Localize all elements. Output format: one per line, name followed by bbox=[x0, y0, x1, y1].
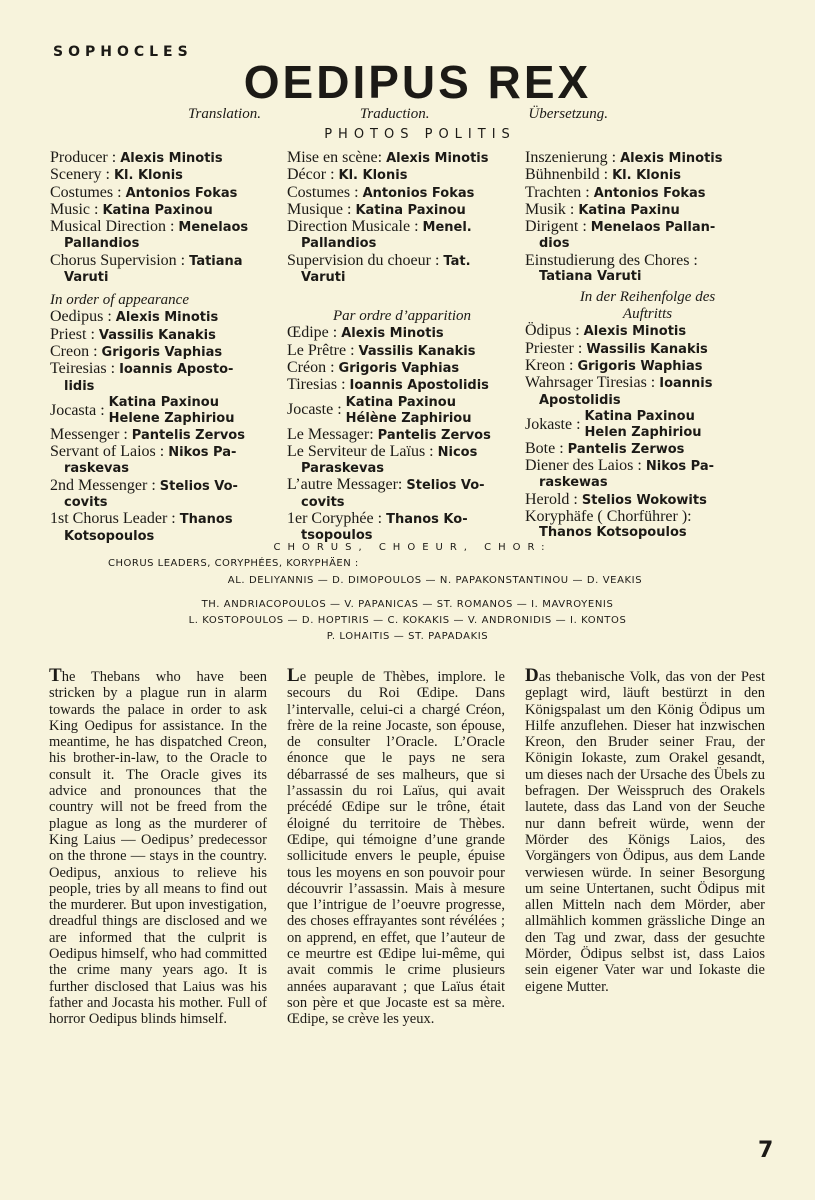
credit-line: Producer : Alexis Minotis bbox=[50, 150, 275, 167]
synopsis-french: Le peuple de Thèbes, implore. le secours… bbox=[287, 668, 505, 1028]
synopsis-text: as thebanische Volk, das von der Pest ge… bbox=[525, 669, 765, 995]
credit-line: Direction Musicale : Menel. bbox=[287, 219, 517, 236]
cast-continuation: Apostolidis bbox=[525, 393, 770, 409]
cast-line: Wahrsager Tiresias : Ioannis bbox=[525, 375, 770, 392]
chorus-leaders-label: CHORUS LEADERS, CORYPHÉES, KORYPHÄEN : bbox=[108, 558, 359, 569]
credit-line: Dirigent : Menelaos Pallan- bbox=[525, 219, 770, 236]
cast-line-split: Jocaste :Katina PaxinouHélène Zaphiriou bbox=[287, 395, 517, 427]
cast-line: Le Prêtre : Vassilis Kanakis bbox=[287, 343, 517, 360]
cast-line: Herold : Stelios Wokowits bbox=[525, 492, 770, 509]
cast-line: Ödipus : Alexis Minotis bbox=[525, 323, 770, 340]
cast-line: Koryphäfe ( Chorführer ): bbox=[525, 509, 770, 525]
cast-line: Messenger : Pantelis Zervos bbox=[50, 427, 275, 444]
cast-heading: In der Reihenfolge des Auftritts bbox=[525, 289, 770, 323]
credit-continuation: dios bbox=[525, 236, 770, 252]
cast-line: L’autre Messager: Stelios Vo- bbox=[287, 477, 517, 494]
cast-line: Priester : Wassilis Kanakis bbox=[525, 341, 770, 358]
credit-line: Music : Katina Paxinou bbox=[50, 202, 275, 219]
synopsis-text: e peuple de Thèbes, implore. le secours … bbox=[287, 669, 505, 1027]
cast-continuation: Paraskevas bbox=[287, 461, 517, 477]
cast-line: Priest : Vassilis Kanakis bbox=[50, 327, 275, 344]
credit-line: Décor : Kl. Klonis bbox=[287, 167, 517, 184]
chorus-members-row: TH. ANDRIACOPOULOS — V. PAPANICAS — ST. … bbox=[0, 599, 815, 610]
cast-line: Œdipe : Alexis Minotis bbox=[287, 325, 517, 342]
credit-continuation: Varuti bbox=[50, 270, 275, 286]
play-title: OEDIPUS REX bbox=[0, 58, 815, 106]
cast-line: 2nd Messenger : Stelios Vo- bbox=[50, 478, 275, 495]
credit-line: Supervision du choeur : Tat. bbox=[287, 253, 517, 270]
credit-line: Costumes : Antonios Fokas bbox=[287, 185, 517, 202]
program-page: SOPHOCLES OEDIPUS REX Translation. Tradu… bbox=[0, 0, 815, 1200]
credit-line: Bühnenbild : Kl. Klonis bbox=[525, 167, 770, 184]
credit-continuation: Pallandios bbox=[287, 236, 517, 252]
credit-line: Inszenierung : Alexis Minotis bbox=[525, 150, 770, 167]
drop-cap: T bbox=[49, 665, 62, 686]
translation-label-en: Translation. bbox=[188, 106, 261, 123]
cast-line: 1st Chorus Leader : Thanos bbox=[50, 511, 275, 528]
page-number: 7 bbox=[758, 1138, 773, 1163]
cast-continuation: raskevas bbox=[50, 461, 275, 477]
drop-cap: L bbox=[287, 665, 300, 686]
chorus-leaders-names: AL. DELIYANNIS — D. DIMOPOULOS — N. PAPA… bbox=[0, 575, 815, 586]
cast-continuation: raskewas bbox=[525, 475, 770, 491]
cast-line: Creon : Grigoris Vaphias bbox=[50, 344, 275, 361]
credits-german: Inszenierung : Alexis Minotis Bühnenbild… bbox=[525, 150, 770, 542]
credit-line: Trachten : Antonios Fokas bbox=[525, 185, 770, 202]
cast-line: Servant of Laios : Nikos Pa- bbox=[50, 444, 275, 461]
drop-cap: D bbox=[525, 665, 539, 686]
cast-line-split: Jocasta :Katina PaxinouHelene Zaphiriou bbox=[50, 395, 275, 427]
credit-continuation: Tatiana Varuti bbox=[525, 269, 770, 285]
credit-line: Scenery : Kl. Klonis bbox=[50, 167, 275, 184]
cast-heading: Par ordre d’apparition bbox=[287, 308, 517, 325]
cast-continuation: lidis bbox=[50, 379, 275, 395]
cast-line: Tiresias : Ioannis Apostolidis bbox=[287, 377, 517, 394]
chorus-members-row: P. LOHAITIS — ST. PAPADAKIS bbox=[0, 631, 815, 642]
chorus-members-row: L. KOSTOPOULOS — D. HOPTIRIS — C. KOKAKI… bbox=[0, 615, 815, 626]
translation-label-de: Übersetzung. bbox=[528, 106, 608, 123]
credit-line: Costumes : Antonios Fokas bbox=[50, 185, 275, 202]
translation-labels: Translation. Traduction. Übersetzung. bbox=[188, 106, 608, 123]
cast-line-split: Jokaste :Katina PaxinouHelen Zaphiriou bbox=[525, 409, 770, 441]
cast-line: Créon : Grigoris Vaphias bbox=[287, 360, 517, 377]
chorus-heading: CHORUS, CHOEUR, CHOR: bbox=[0, 542, 815, 553]
translation-label-fr: Traduction. bbox=[360, 106, 430, 123]
cast-line: Teiresias : Ioannis Aposto- bbox=[50, 361, 275, 378]
synopsis-text: he Thebans who have been stricken by a p… bbox=[49, 669, 267, 1027]
cast-continuation: covits bbox=[287, 495, 517, 511]
credit-line: Musique : Katina Paxinou bbox=[287, 202, 517, 219]
synopsis-german: Das thebanische Volk, das von der Pest g… bbox=[525, 668, 765, 995]
credit-continuation: Pallandios bbox=[50, 236, 275, 252]
cast-line: Le Messager: Pantelis Zervos bbox=[287, 427, 517, 444]
synopsis-english: The Thebans who have been stricken by a … bbox=[49, 668, 267, 1028]
cast-continuation: Thanos Kotsopoulos bbox=[525, 525, 770, 541]
credit-line: Einstudierung des Chores : bbox=[525, 253, 770, 269]
cast-line: Diener des Laios : Nikos Pa- bbox=[525, 458, 770, 475]
cast-continuation: covits bbox=[50, 495, 275, 511]
cast-line: Bote : Pantelis Zerwos bbox=[525, 441, 770, 458]
credit-line: Chorus Supervision : Tatiana bbox=[50, 253, 275, 270]
cast-line: Le Serviteur de Laïus : Nicos bbox=[287, 444, 517, 461]
cast-heading: In order of appearance bbox=[50, 292, 275, 309]
cast-line: 1er Coryphée : Thanos Ko- bbox=[287, 511, 517, 528]
cast-line: Kreon : Grigoris Waphias bbox=[525, 358, 770, 375]
photo-credit: PHOTOS POLITIS bbox=[0, 127, 815, 142]
credit-line: Musical Direction : Menelaos bbox=[50, 219, 275, 236]
credits-french: Mise en scène: Alexis Minotis Décor : Kl… bbox=[287, 150, 517, 545]
credit-line: Musik : Katina Paxinu bbox=[525, 202, 770, 219]
credit-line: Mise en scène: Alexis Minotis bbox=[287, 150, 517, 167]
credits-english: Producer : Alexis Minotis Scenery : Kl. … bbox=[50, 150, 275, 545]
cast-line: Oedipus : Alexis Minotis bbox=[50, 309, 275, 326]
credit-continuation: Varuti bbox=[287, 270, 517, 286]
